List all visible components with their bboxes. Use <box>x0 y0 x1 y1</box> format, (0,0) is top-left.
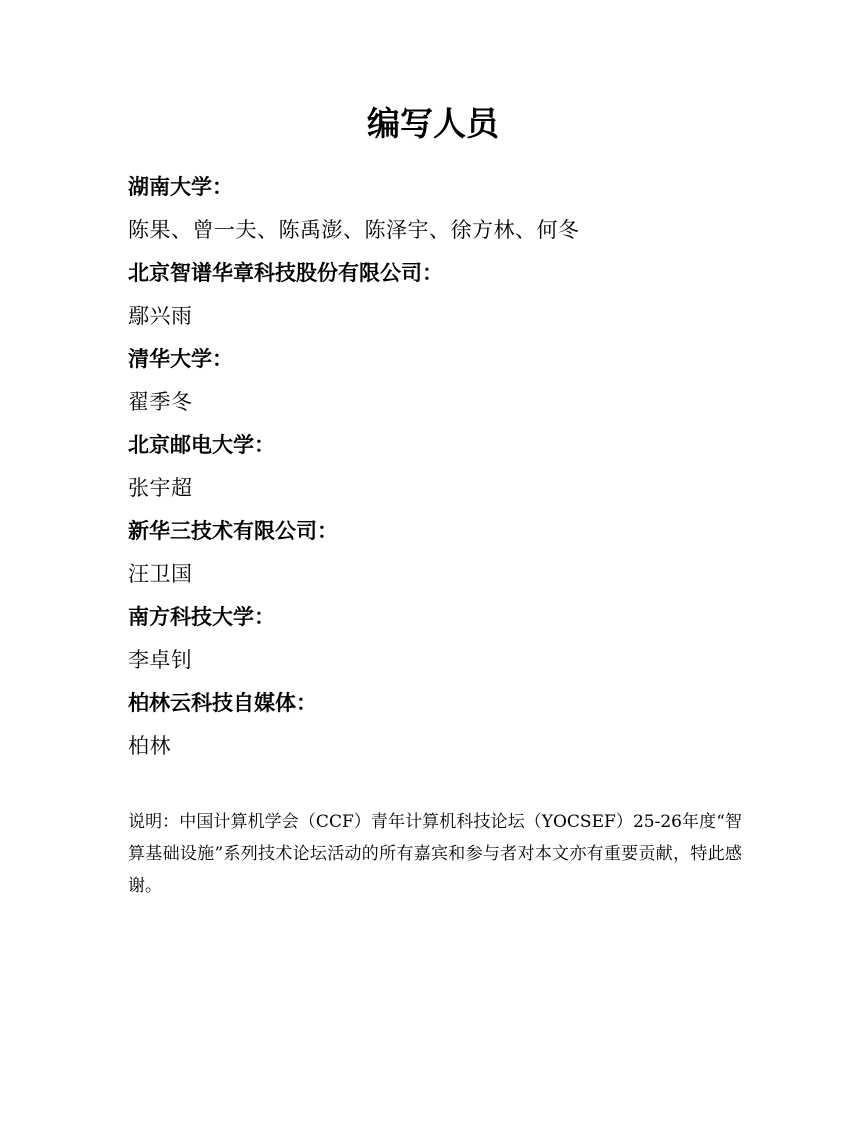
contributor-names: 陈果、曾一夫、陈禹澎、陈泽宇、徐方林、何冬 <box>128 209 748 252</box>
organization-name: 柏林云科技自媒体： <box>128 682 748 725</box>
organization-name: 湖南大学： <box>128 166 748 209</box>
organization-name: 北京智谱华章科技股份有限公司： <box>128 252 748 295</box>
contributor-names: 李卓钊 <box>128 639 748 682</box>
acknowledgement-note: 说明：中国计算机学会（CCF）青年计算机科技论坛（YOCSEF）25-26年度“… <box>128 806 742 902</box>
page-title: 编写人员 <box>0 102 866 146</box>
document-page: 编写人员 湖南大学： 陈果、曾一夫、陈禹澎、陈泽宇、徐方林、何冬 北京智谱华章科… <box>0 0 866 1122</box>
organization-name: 新华三技术有限公司： <box>128 510 748 553</box>
contributor-names: 翟季冬 <box>128 381 748 424</box>
contributor-list: 湖南大学： 陈果、曾一夫、陈禹澎、陈泽宇、徐方林、何冬 北京智谱华章科技股份有限… <box>128 166 748 768</box>
contributor-names: 鄢兴雨 <box>128 295 748 338</box>
organization-name: 清华大学： <box>128 338 748 381</box>
organization-name: 南方科技大学： <box>128 596 748 639</box>
contributor-names: 张宇超 <box>128 467 748 510</box>
contributor-names: 柏林 <box>128 725 748 768</box>
contributor-names: 汪卫国 <box>128 553 748 596</box>
organization-name: 北京邮电大学： <box>128 424 748 467</box>
